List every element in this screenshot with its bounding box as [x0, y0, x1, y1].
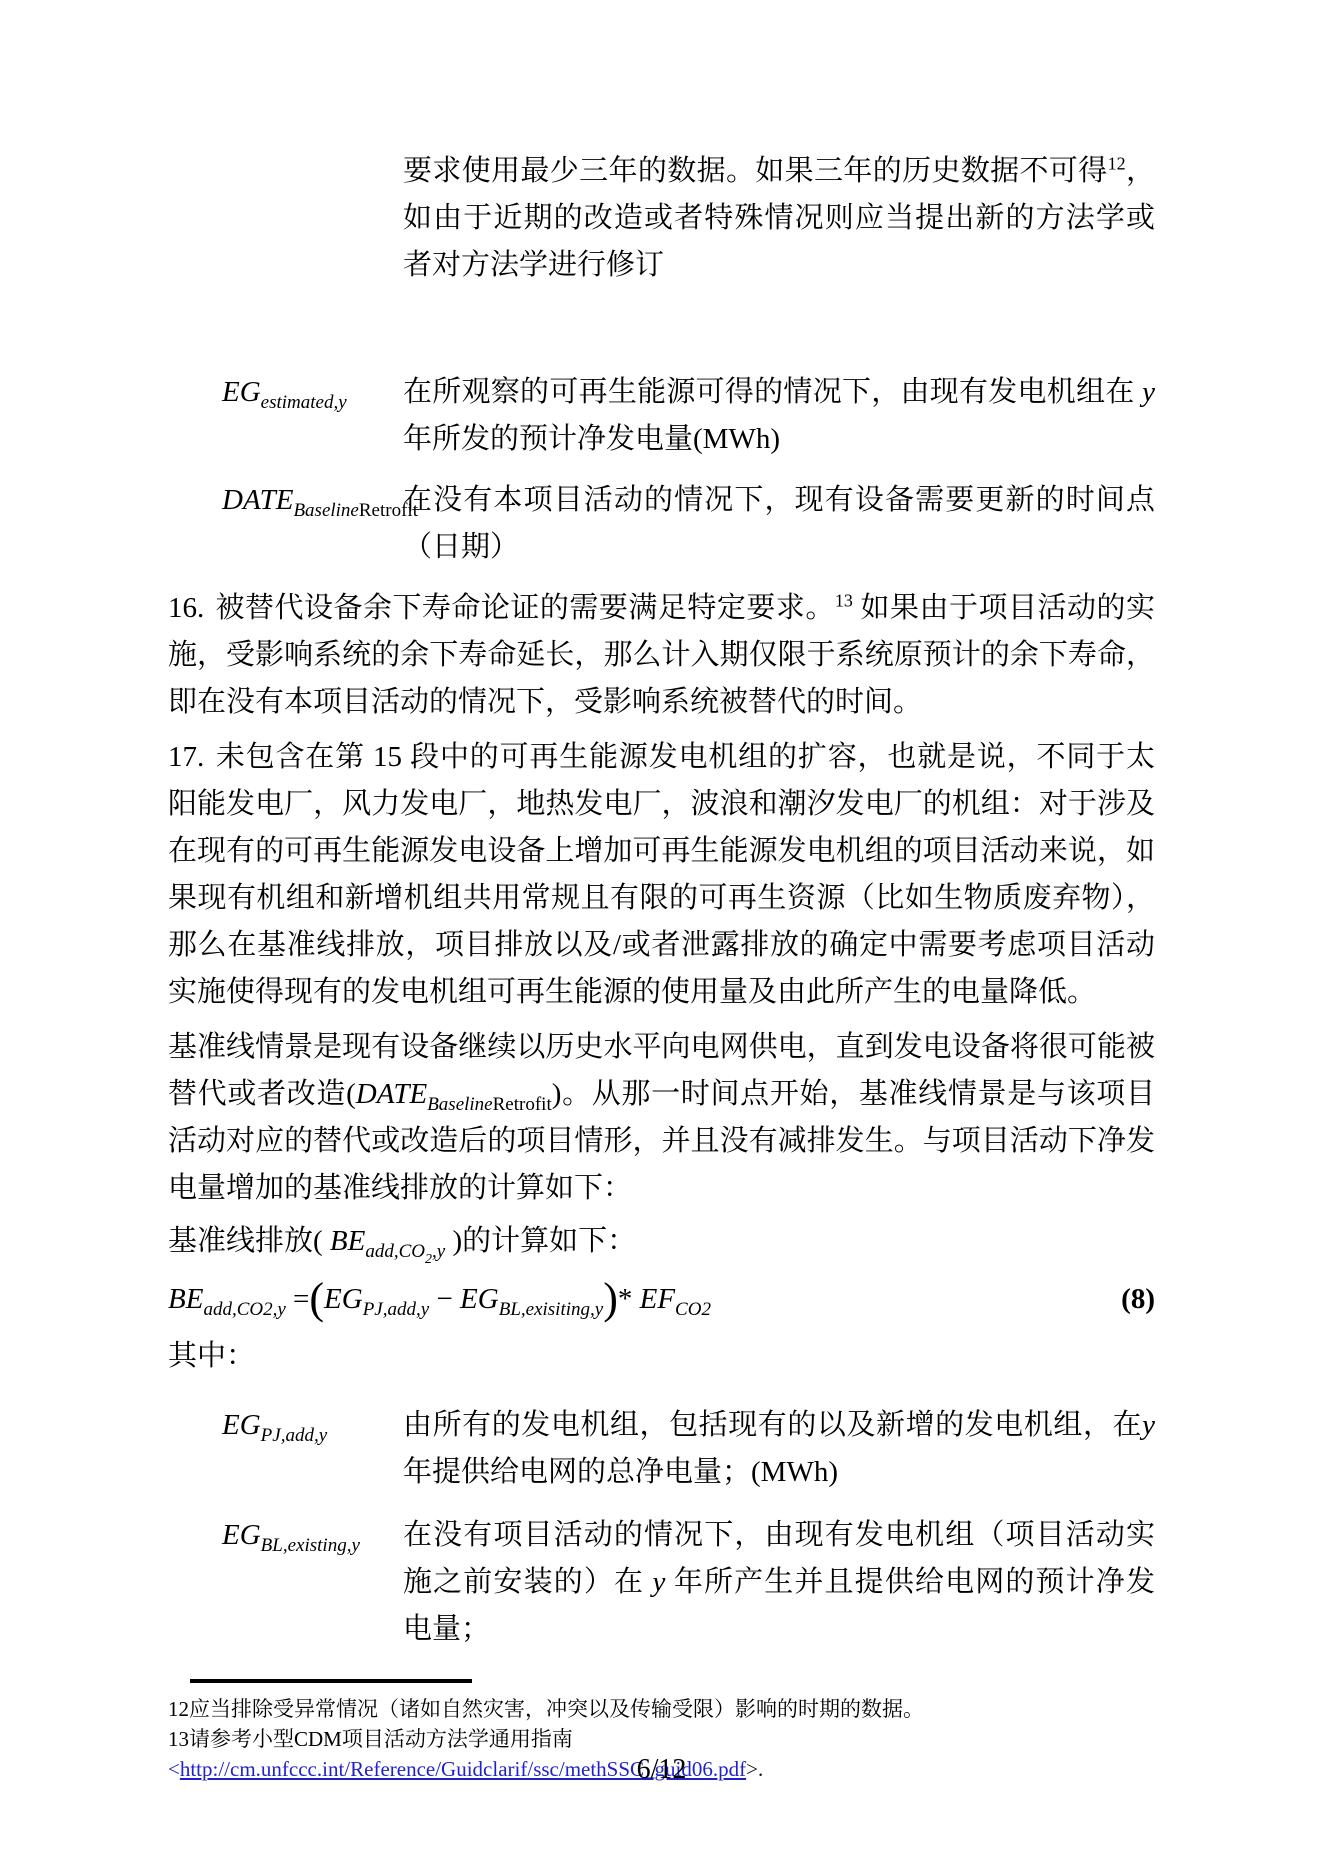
definition-text-eg-pj-add: 由所有的发电机组，包括现有的以及新增的发电机组，在y年提供给电网的总净电量；(M… — [403, 1402, 1155, 1496]
equation-number: (8) — [1121, 1273, 1155, 1325]
equation-lhs-var: BE — [168, 1283, 203, 1315]
variable-be: BE — [330, 1225, 365, 1257]
definition-row-eg-estimated: EGestimated,y 在所观察的可再生能源可得的情况下，由现有发电机组在 … — [168, 369, 1155, 463]
footnote-ref-13: 13 — [835, 590, 853, 610]
footnote-12-marker: 12 — [168, 1697, 189, 1721]
equation-term1-subscript: PJ,add,y — [363, 1299, 429, 1320]
equals-sign — [286, 1283, 293, 1315]
symbol-subscript: estimated,y — [261, 392, 347, 413]
symbol-main: EG — [222, 1409, 261, 1441]
document-page: 要求使用最少三年的数据。如果三年的历史数据不可得12，如由于近期的改造或者特殊情… — [0, 0, 1323, 1871]
page-number: 6/12 — [0, 1754, 1323, 1786]
definition-text-part: 在没有本项目活动的情况下，现有设备需要更新的时间点（日期） — [403, 484, 1155, 563]
definition-text-eg-estimated: 在所观察的可再生能源可得的情况下，由现有发电机组在 y 年所发的预计净发电量(M… — [403, 369, 1155, 463]
page-content: 要求使用最少三年的数据。如果三年的历史数据不可得12，如由于近期的改造或者特殊情… — [168, 148, 1155, 1784]
close-paren: ) — [603, 1274, 618, 1323]
definition-text-part: 在所观察的可再生能源可得的情况下，由现有发电机组在 — [403, 376, 1142, 408]
variable-y: y — [653, 1566, 666, 1598]
subscript-baseline: Baseline — [427, 1094, 492, 1115]
symbol-subscript: BaselineRetrofit — [293, 500, 418, 521]
variable-date-subscript: BaselineRetrofit — [427, 1094, 552, 1115]
paragraph-16-text-before-ref: 被替代设备余下寿命论证的需要满足特定要求。 — [215, 592, 835, 624]
minus-sign: − — [436, 1283, 452, 1315]
footnote-ref-12: 12 — [1108, 153, 1126, 173]
be-equation-intro-line: 基准线排放( BEadd,CO2,y )的计算如下： — [168, 1218, 1155, 1265]
footnote-divider — [190, 1679, 472, 1683]
footnote-12: 12应当排除受异常情况（诸如自然灾害，冲突以及传输受限）影响的时期的数据。 — [168, 1694, 1155, 1724]
definition-continuation-paragraph: 要求使用最少三年的数据。如果三年的历史数据不可得12，如由于近期的改造或者特殊情… — [403, 148, 1155, 289]
equation-term2-subscript: BL,exisiting,y — [499, 1299, 603, 1320]
paragraph-17-text: 未包含在第 15 段中的可再生能源发电机组的扩容，也就是说，不同于太阳能发电厂，… — [168, 741, 1155, 1008]
subscript-baseline: Baseline — [293, 500, 358, 521]
symbol-date-baseline-retrofit: DATEBaselineRetrofit — [168, 477, 403, 571]
symbol-main: EG — [222, 376, 261, 408]
definition-text-date: 在没有本项目活动的情况下，现有设备需要更新的时间点（日期） — [403, 477, 1155, 571]
footnote-13-text: 请参考小型CDM项目活动方法学通用指南 — [189, 1727, 573, 1751]
symbol-eg-bl-existing: EGBL,existing,y — [168, 1512, 403, 1653]
equation-8-body: BEadd,CO2,y =(EGPJ,add,y − EGBL,exisitin… — [168, 1273, 711, 1325]
definition-text-part: 由所有的发电机组，包括现有的以及新增的发电机组，在 — [403, 1409, 1142, 1441]
definition-text-part: 年提供给电网的总净电量；(MWh) — [403, 1456, 838, 1488]
paragraph-16: 16.被替代设备余下寿命论证的需要满足特定要求。13 如果由于项目活动的实施，受… — [168, 585, 1155, 726]
definition-text-part: 年所发的预计净发电量(MWh) — [403, 423, 780, 455]
variable-be-subscript: add,CO2,y — [365, 1241, 445, 1262]
symbol-eg-estimated: EGestimated,y — [168, 369, 403, 463]
equation-lhs-subscript: add,CO2,y — [203, 1299, 285, 1320]
equation-8: BEadd,CO2,y =(EGPJ,add,y − EGBL,exisitin… — [168, 1273, 1155, 1325]
definition-row-date-baseline-retrofit: DATEBaselineRetrofit 在没有本项目活动的情况下，现有设备需要… — [168, 477, 1155, 571]
symbol-subscript: BL,existing,y — [261, 1535, 360, 1556]
paragraph-17-number: 17. — [168, 734, 215, 781]
open-paren: ( — [309, 1274, 324, 1323]
symbol-main: DATE — [222, 484, 293, 516]
subscript-part: ,y — [432, 1241, 445, 1262]
variable-y: y — [1142, 1409, 1155, 1441]
spacer — [453, 1283, 460, 1315]
subscript-sub-2: 2 — [425, 1252, 432, 1267]
continuation-text-before-ref: 要求使用最少三年的数据。如果三年的历史数据不可得 — [403, 155, 1108, 187]
variable-date: DATE — [356, 1078, 427, 1110]
be-intro-suffix: )的计算如下： — [445, 1225, 636, 1257]
footnote-12-text: 应当排除受异常情况（诸如自然灾害，冲突以及传输受限）影响的时期的数据。 — [189, 1697, 924, 1721]
equation-term1-var: EG — [324, 1283, 363, 1315]
definition-row-eg-bl-existing: EGBL,existing,y 在没有项目活动的情况下，由现有发电机组（项目活动… — [168, 1512, 1155, 1653]
symbol-subscript: PJ,add,y — [261, 1425, 327, 1446]
equals-sign: = — [293, 1283, 309, 1315]
subscript-part: add,CO — [365, 1241, 425, 1262]
baseline-scenario-paragraph: 基准线情景是现有设备继续以历史水平向电网供电，直到发电设备将很可能被替代或者改造… — [168, 1024, 1155, 1212]
definition-row-eg-pj-add: EGPJ,add,y 由所有的发电机组，包括现有的以及新增的发电机组，在y年提供… — [168, 1402, 1155, 1496]
equation-term3-var: EF — [640, 1283, 675, 1315]
paragraph-17: 17.未包含在第 15 段中的可再生能源发电机组的扩容，也就是说，不同于太阳能发… — [168, 734, 1155, 1016]
where-label: 其中： — [168, 1333, 1155, 1380]
paragraph-16-number: 16. — [168, 585, 215, 632]
be-intro-prefix: 基准线排放( — [168, 1225, 330, 1257]
definition-text-eg-bl-existing: 在没有项目活动的情况下，由现有发电机组（项目活动实施之前安装的）在 y 年所产生… — [403, 1512, 1155, 1653]
symbol-main: EG — [222, 1519, 261, 1551]
footnote-13-marker: 13 — [168, 1727, 189, 1751]
footnote-13: 13请参考小型CDM项目活动方法学通用指南 — [168, 1724, 1155, 1754]
spacer — [632, 1283, 639, 1315]
subscript-retrofit: Retrofit — [493, 1094, 552, 1115]
variable-y: y — [1142, 376, 1155, 408]
equation-term2-var: EG — [460, 1283, 499, 1315]
multiply-sign: * — [618, 1283, 633, 1315]
equation-term3-subscript: CO2 — [675, 1299, 711, 1320]
symbol-eg-pj-add: EGPJ,add,y — [168, 1402, 403, 1496]
